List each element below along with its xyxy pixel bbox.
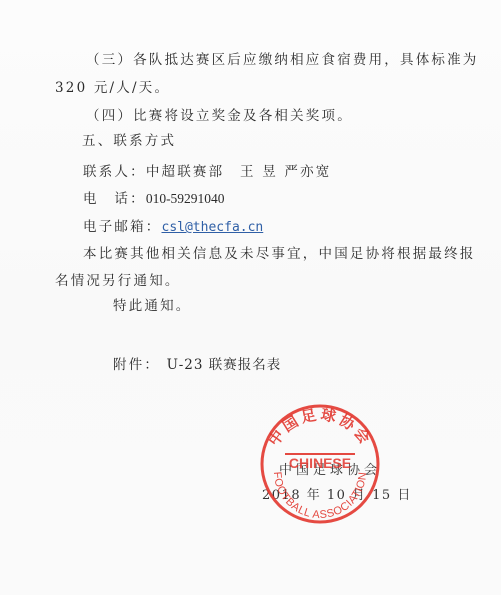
paragraph-3-line-1: （三）各队抵达赛区后应缴纳相应食宿费用，具体标准为 [86, 52, 479, 68]
email-label: 电子邮箱： [83, 219, 162, 235]
paragraph-3-line-2: 320 元/人/天。 [55, 80, 170, 96]
phone-row: 电 话：010-59291040 [83, 191, 225, 207]
closing-line-2: 名情况另行通知。 [55, 273, 181, 289]
svg-text:CHINESE: CHINESE [289, 455, 351, 471]
notice-text: 特此通知。 [113, 298, 192, 314]
attachment-row: 附件： U-23 联赛报名表 [113, 357, 281, 373]
official-seal-icon: 中国足球协会 CHINESE FOOTBALL ASSOCIATION [258, 402, 382, 526]
svg-text:FOOTBALL ASSOCIATION: FOOTBALL ASSOCIATION [271, 471, 369, 521]
email-row: 电子邮箱：csl@thecfa.cn [83, 219, 263, 236]
email-link[interactable]: csl@thecfa.cn [162, 220, 264, 235]
document-page: （三）各队抵达赛区后应缴纳相应食宿费用，具体标准为 320 元/人/天。 （四）… [0, 0, 501, 595]
phone-label: 电 话： [83, 191, 146, 207]
contact-person-label: 联系人： [83, 164, 146, 180]
closing-line-1: 本比赛其他相关信息及未尽事宜，中国足协将根据最终报 [83, 246, 476, 262]
svg-text:中国足球协会: 中国足球协会 [265, 405, 376, 449]
paragraph-4: （四）比赛将设立奖金及各相关奖项。 [86, 108, 353, 124]
contact-person-row: 联系人：中超联赛部 王 昱 严亦宽 [83, 164, 332, 180]
attachment-label: 附件： [113, 357, 160, 373]
attachment-value: U-23 联赛报名表 [167, 357, 282, 373]
section-5-heading: 五、联系方式 [82, 133, 176, 149]
contact-person-value: 中超联赛部 王 昱 严亦宽 [146, 164, 332, 180]
phone-value: 010-59291040 [146, 191, 225, 206]
